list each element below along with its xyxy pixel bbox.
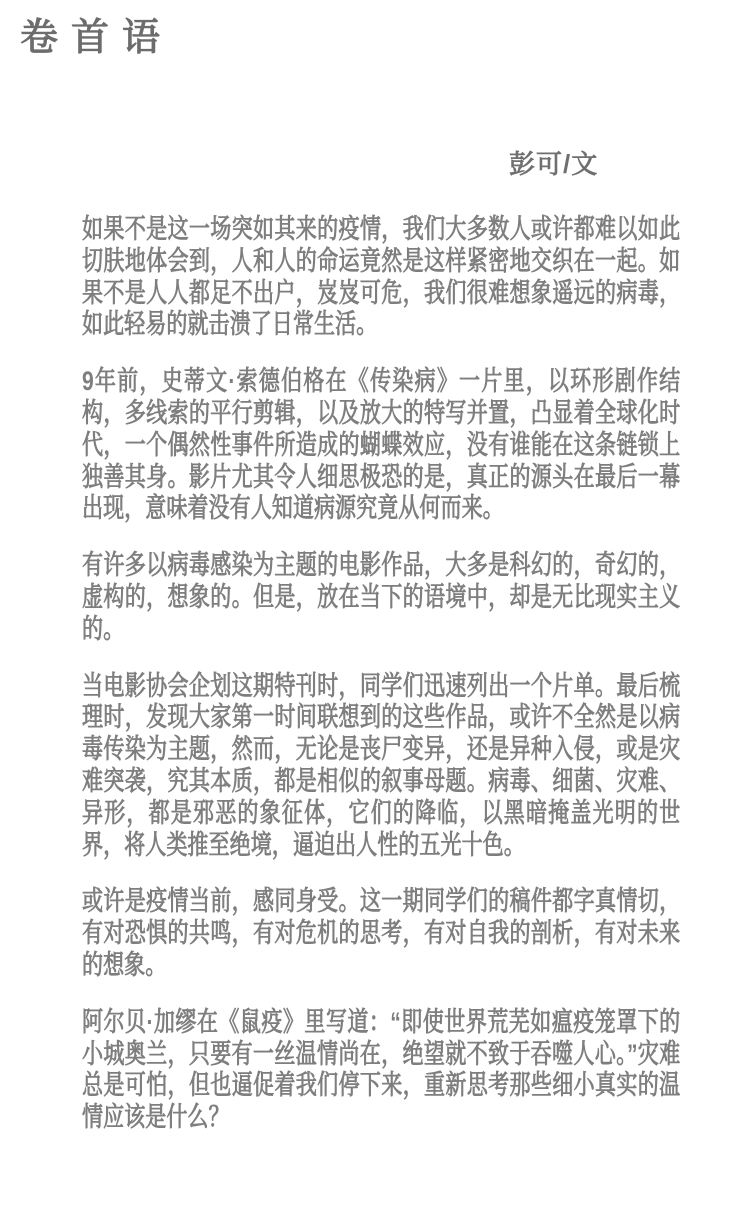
article-text-block: 如果不是这一场突如其来的疫情，我们大多数人或许都难以如此切肤地体会到，人和人的命… [82, 214, 680, 1134]
paragraph-3: 有许多以病毒感染为主题的电影作品，大多是科幻的，奇幻的，虚构的，想象的。但是，放… [82, 550, 680, 645]
byline: 彭可/文 [509, 149, 598, 179]
paragraph-2: 9年前，史蒂文·索德伯格在《传染病》一片里，以环形剧作结构，多线索的平行剪辑，以… [82, 366, 680, 525]
paragraph-1: 如果不是这一场突如其来的疫情，我们大多数人或许都难以如此切肤地体会到，人和人的命… [82, 214, 680, 341]
paragraph-5: 或许是疫情当前，感同身受。这一期同学们的稿件都字真情切，有对恐惧的共鸣，有对危机… [82, 886, 680, 981]
paragraph-6: 阿尔贝·加缪在《鼠疫》里写道：“即使世界荒芜如瘟疫笼罩下的小城奥兰，只要有一丝温… [82, 1007, 680, 1134]
page-title: 卷首语 [20, 18, 173, 58]
magazine-foreword-page: 卷首语 彭可/文 如果不是这一场突如其来的疫情，我们大多数人或许都难以如此切肤地… [0, 0, 750, 1206]
article-body: 如果不是这一场突如其来的疫情，我们大多数人或许都难以如此切肤地体会到，人和人的命… [82, 214, 682, 1134]
paragraph-4: 当电影协会企划这期特刊时，同学们迅速列出一个片单。最后梳理时，发现大家第一时间联… [82, 671, 680, 862]
